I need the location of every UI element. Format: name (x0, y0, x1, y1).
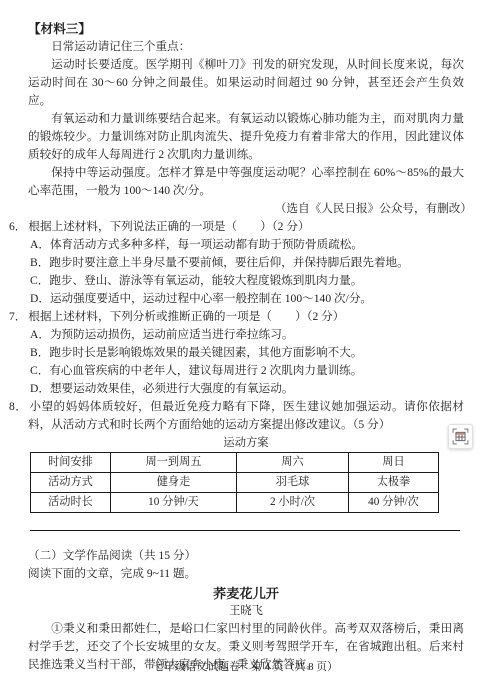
exam-paper-page: 【材料三】 日常运动请记住三个重点： 运动时长要适度。医学期刊《柳叶刀》刊发的研… (0, 0, 491, 700)
table-cell: 时间安排 (31, 453, 111, 473)
table-cell: 周六 (237, 453, 349, 473)
question-6-option-d: D．运动强度要适中，运动过程中心率一般控制在 100～140 次/分。 (30, 290, 464, 308)
table-cell: 周一到周五 (111, 453, 237, 473)
essay-title: 荞麦花儿开 (28, 584, 464, 603)
question-7-option-b: B．跑步时长是影响锻炼效果的最关键因素，其他方面影响不大。 (30, 344, 464, 362)
material-3-paragraph: 有氧运动和力量训练要结合起来。有氧运动以锻炼心肺功能为主，而对肌肉力量的锻炼较少… (28, 110, 464, 164)
table-row: 时间安排 周一到周五 周六 周日 (31, 453, 439, 473)
essay-author: 王晓飞 (28, 603, 464, 620)
question-8-number: 8． (9, 400, 29, 413)
question-7-option-d: D．想要运动效果佳，必须进行大强度的有氧运动。 (30, 380, 464, 398)
question-7-option-a: A．为预防运动损伤，运动前应适当进行牵拉练习。 (30, 326, 464, 344)
material-3-paragraph: 日常运动请记住三个重点： (28, 38, 464, 56)
question-7-stem: 7．根据上述材料，下列分析或推断正确的一项是（ ）（2 分） (9, 308, 464, 326)
answer-divider-line (30, 530, 460, 531)
table-capture-icon (452, 428, 469, 445)
material-3-paragraph: 运动时长要适度。医学期刊《柳叶刀》刊发的研究发现，从时间长度来说，每次运动时间在… (28, 56, 464, 110)
section-2-heading: （二）文学作品阅读（共 15 分） (28, 547, 464, 565)
question-8: 8．小望的妈妈体质较好，但最近免疫力略有下降，医生建议她加强运动。请你依据材料，… (9, 398, 464, 434)
material-source-attribution: （选自《人民日报》公众号，有删改） (28, 200, 472, 218)
question-7-text: 根据上述材料，下列分析或推断正确的一项是（ ）（2 分） (28, 310, 344, 323)
exercise-plan-table: 时间安排 周一到周五 周六 周日 活动方式 健身走 羽毛球 太极拳 活动时长 1… (30, 452, 439, 513)
question-6-text: 根据上述材料，下列说法正确的一项是（ ）（2 分） (28, 220, 309, 233)
extract-table-button[interactable] (448, 424, 473, 449)
table-cell: 健身走 (111, 473, 237, 493)
table-row: 活动方式 健身走 羽毛球 太极拳 (31, 473, 439, 493)
question-6-option-c: C．跑步、登山、游泳等有氧运动，能较大程度锻炼到肌肉力量。 (30, 272, 464, 290)
question-6-option-b: B．跑步时要注意上半身尽量不要前倾，要往后仰，并保持脚后跟先着地。 (30, 254, 464, 272)
question-6: 6．根据上述材料，下列说法正确的一项是（ ）（2 分） A．体育活动方式多种多样… (9, 218, 464, 308)
section-2-instruction: 阅读下面的文章，完成 9~11 题。 (28, 565, 464, 583)
table-cell: 羽毛球 (237, 473, 349, 493)
table-cell: 2 小时/次 (237, 493, 349, 513)
question-6-option-a: A．体育活动方式多种多样，每一项运动都有助于预防骨质疏松。 (30, 236, 464, 254)
material-3-paragraph: 保持中等运动强度。怎样才算是中等强度运动呢？心率控制在 60%～85%的最大心率… (28, 164, 464, 200)
question-6-stem: 6．根据上述材料，下列说法正确的一项是（ ）（2 分） (9, 218, 464, 236)
table-cell: 40 分钟/次 (349, 493, 439, 513)
page-footer: 七年级语文试题卷 第 4 页（共 8 页） (0, 658, 491, 676)
question-8-stem: 8．小望的妈妈体质较好，但最近免疫力略有下降，医生建议她加强运动。请你依据材料，… (9, 398, 464, 434)
question-7-option-c: C．有心血管疾病的中老年人，建议每周进行 2 次肌肉力量训练。 (30, 362, 464, 380)
table-row: 活动时长 10 分钟/天 2 小时/次 40 分钟/次 (31, 493, 439, 513)
material-3-heading: 【材料三】 (28, 20, 464, 38)
page-content: 【材料三】 日常运动请记住三个重点： 运动时长要适度。医学期刊《柳叶刀》刊发的研… (28, 20, 464, 673)
question-7: 7．根据上述材料，下列分析或推断正确的一项是（ ）（2 分） A．为预防运动损伤… (9, 308, 464, 398)
question-6-number: 6． (9, 220, 28, 233)
table-cell: 周日 (349, 453, 439, 473)
question-8-text: 小望的妈妈体质较好，但最近免疫力略有下降，医生建议她加强运动。请你依据材料，从活… (28, 400, 464, 431)
table-cell: 10 分钟/天 (111, 493, 237, 513)
plan-table-title: 运动方案 (28, 434, 464, 452)
table-cell: 活动方式 (31, 473, 111, 493)
table-cell: 活动时长 (31, 493, 111, 513)
question-7-number: 7． (9, 310, 28, 323)
table-cell: 太极拳 (349, 473, 439, 493)
